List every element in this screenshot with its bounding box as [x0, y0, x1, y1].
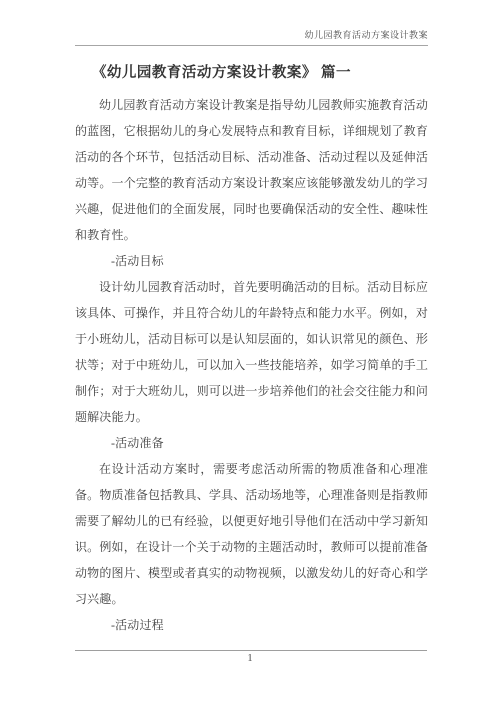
page-header: 幼儿园教育活动方案设计教案 [75, 29, 428, 46]
activity-preparation-paragraph: 在设计活动方案时，需要考虑活动所需的物质准备和心理准备。物质准备包括教具、学具、… [75, 456, 428, 612]
document-title: 《幼儿园教育活动方案设计教案》 篇一 [75, 63, 428, 84]
document-body: 幼儿园教育活动方案设计教案是指导幼儿园教师实施教育活动的蓝图，它根据幼儿的身心发… [75, 92, 428, 638]
intro-paragraph: 幼儿园教育活动方案设计教案是指导幼儿园教师实施教育活动的蓝图，它根据幼儿的身心发… [75, 92, 428, 248]
section-heading-activity-preparation: -活动准备 [75, 430, 428, 456]
footer-divider [75, 650, 427, 651]
header-text: 幼儿园教育活动方案设计教案 [304, 30, 428, 40]
activity-goals-paragraph: 设计幼儿园教育活动时，首先要明确活动的目标。活动目标应该具体、可操作，并且符合幼… [75, 274, 428, 430]
section-heading-activity-process: -活动过程 [75, 612, 428, 638]
page-number: 1 [0, 653, 500, 664]
section-heading-activity-goals: -活动目标 [75, 248, 428, 274]
document-page: 幼儿园教育活动方案设计教案 《幼儿园教育活动方案设计教案》 篇一 幼儿园教育活动… [0, 0, 500, 707]
